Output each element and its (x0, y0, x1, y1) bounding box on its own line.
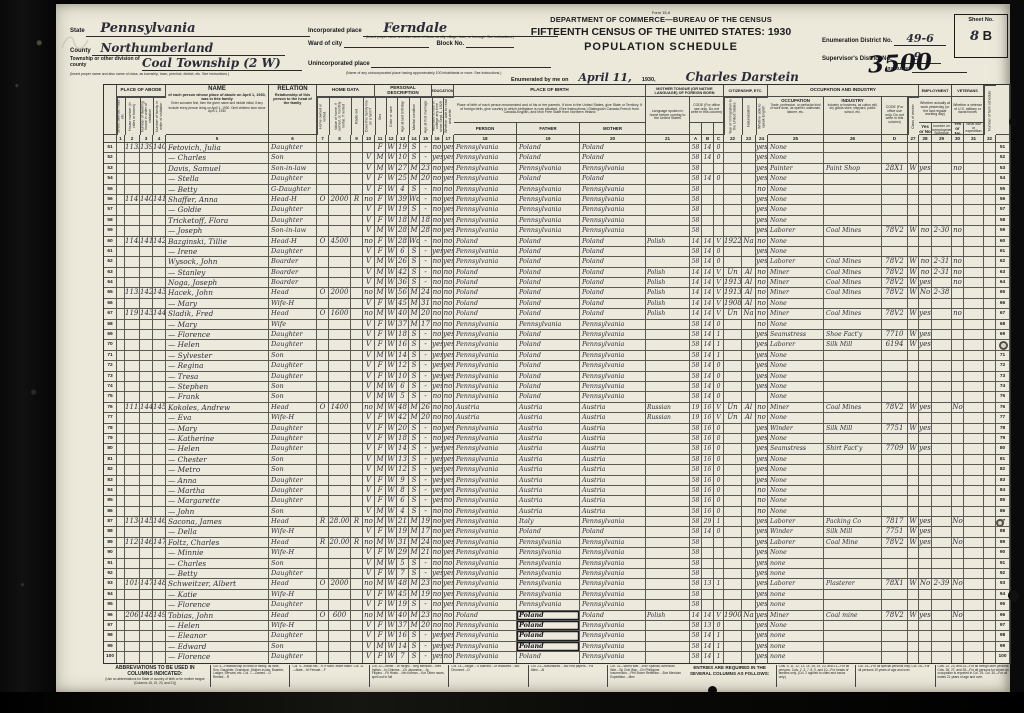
dwelling-number-cell (140, 455, 153, 464)
age-married-cell: - (420, 372, 432, 381)
name-cell: Wysock, John (166, 257, 269, 266)
read-write-cell: yes (443, 205, 454, 214)
age-married-cell: 28 (420, 226, 432, 235)
house-number-cell (125, 392, 140, 401)
age-married-cell: 24 (420, 538, 432, 547)
age-cell: 19 (397, 143, 409, 152)
house-number-cell: 206 (125, 611, 140, 620)
marital-cell: S (409, 642, 420, 651)
dwelling-number-cell (140, 424, 153, 433)
ward-value (344, 41, 429, 48)
occupation-cell: None (768, 434, 824, 443)
home-owned-cell (317, 621, 329, 630)
relation-cell: Son (269, 153, 317, 162)
census-scan-page: { "header": { "form_no": "Form 15-6", "d… (0, 0, 1024, 713)
immigration-year-cell: 1922 (724, 237, 742, 246)
code-c-cell: 0 (714, 372, 724, 381)
township-label: Township or other division of county (70, 57, 140, 69)
veteran-cell (952, 631, 964, 640)
relation-cell: Head (269, 288, 317, 297)
worker-class-cell (908, 652, 919, 662)
dwelling-number-cell (140, 299, 153, 308)
table-row: 80— HelenDaughterVFW14S-yesyesPennsylvan… (104, 444, 1010, 454)
marital-cell: Wd (409, 195, 420, 204)
name-cell: — Mary (166, 424, 269, 433)
war-cell (964, 268, 984, 277)
war-cell (964, 288, 984, 297)
line-number-left-cell: 81 (104, 455, 117, 464)
house-number-cell: 1141 (125, 195, 140, 204)
unemployment-line-cell (932, 434, 952, 443)
birthplace-person-cell: Pennsylvania (454, 195, 517, 204)
table-row: 70— HelenDaughterVFW16S-yesyesPennsylvan… (104, 340, 1010, 350)
unemployment-line-cell (932, 278, 952, 287)
age-married-cell: - (420, 444, 432, 453)
read-write-cell: yes (443, 174, 454, 183)
house-number-cell (125, 299, 140, 308)
header-cell-text: Include every person living on April 1, … (167, 107, 267, 114)
read-write-cell: no (443, 496, 454, 505)
home-value-cell (329, 268, 351, 277)
line-number-left-cell: 55 (104, 185, 117, 194)
family-number-cell (153, 465, 166, 474)
at-work-cell (919, 413, 932, 422)
birthplace-father-cell: Poland (517, 611, 580, 620)
read-write-cell: yes (443, 340, 454, 349)
immigration-year-cell: Un (724, 309, 742, 318)
speaks-english-cell: no (756, 486, 768, 495)
code-c-cell (714, 538, 724, 547)
unemployment-line-cell (932, 476, 952, 485)
unemployment-line-cell (932, 309, 952, 318)
street-cell (117, 507, 125, 516)
dwelling-number-cell (140, 444, 153, 453)
naturalization-cell (742, 164, 756, 173)
age-cell: 12 (397, 465, 409, 474)
occupation-code-cell (882, 247, 908, 256)
age-married-cell: 23 (420, 579, 432, 588)
birthplace-father-cell: Austria (517, 413, 580, 422)
column-number: 9 (351, 135, 363, 143)
unemployment-line-cell (932, 320, 952, 329)
sex-cell: F (375, 590, 386, 599)
code-b-cell: 14 (702, 237, 714, 246)
home-value-cell (329, 340, 351, 349)
age-married-cell: - (420, 434, 432, 443)
house-number-cell (125, 527, 140, 536)
veteran-cell (952, 413, 964, 422)
mother-tongue-cell (646, 579, 690, 588)
line-number-right-cell: 54 (996, 174, 1010, 183)
occupation-code-cell (882, 600, 908, 609)
sheet-number: 8 (970, 29, 979, 44)
header-cell (702, 123, 714, 135)
house-number-cell (125, 372, 140, 381)
radio-set-cell (351, 455, 363, 464)
read-write-cell: yes (443, 600, 454, 609)
immigration-year-cell (724, 434, 742, 443)
birthplace-mother-cell: Pennsylvania (580, 216, 646, 225)
home-owned-cell (317, 455, 329, 464)
house-number-cell (125, 486, 140, 495)
code-b-cell: 14 (702, 143, 714, 152)
age-cell: 18 (397, 216, 409, 225)
immigration-year-cell (724, 652, 742, 662)
house-number-cell (125, 164, 140, 173)
birthplace-father-cell: Austria (517, 507, 580, 516)
speaks-english-cell: yes (756, 465, 768, 474)
abbrev-col-4: Col. 14—Single....S Married....M Widowed… (448, 665, 524, 687)
code-b-cell: 16 (702, 413, 714, 422)
line-number-right-cell: 75 (996, 392, 1010, 401)
home-value-cell (329, 569, 351, 578)
relation-cell: Daughter (269, 216, 317, 225)
birthplace-mother-cell: Austria (580, 424, 646, 433)
marital-cell: M (409, 309, 420, 318)
code-a-cell: 58 (690, 507, 702, 516)
home-owned-cell (317, 559, 329, 568)
family-number-cell (153, 434, 166, 443)
birthplace-mother-cell: Austria (580, 444, 646, 453)
occupation-cell: None (768, 247, 824, 256)
table-row: 671191143144Sladik, FredHeadO1600noMW40M… (104, 309, 1010, 319)
color-race-cell: W (386, 392, 397, 401)
code-a-cell: 58 (690, 569, 702, 578)
birthplace-person-cell: Poland (454, 268, 517, 277)
unemployment-line-cell (932, 642, 952, 651)
industry-cell (824, 642, 882, 651)
house-number-cell (125, 631, 140, 640)
street-cell (117, 631, 125, 640)
column-number: 11 (375, 135, 386, 143)
color-race-cell: W (386, 413, 397, 422)
line-number-left-cell: 96 (104, 611, 117, 620)
street-cell (117, 185, 125, 194)
occupation-code-cell (882, 496, 908, 505)
code-c-cell: V (714, 278, 724, 287)
worker-class-cell (908, 507, 919, 516)
immigration-year-cell: Un (724, 413, 742, 422)
farm-schedule-cell (984, 517, 996, 526)
code-b-cell (702, 538, 714, 547)
immigration-year-cell (724, 559, 742, 568)
immigration-year-cell (724, 257, 742, 266)
farm-schedule-cell (984, 476, 996, 485)
radio-set-cell (351, 444, 363, 453)
family-number-cell (153, 424, 166, 433)
industry-cell (824, 569, 882, 578)
age-married-cell: - (420, 195, 432, 204)
line-number-right-cell: 81 (996, 455, 1010, 464)
occupation-code-cell: 78V2 (882, 538, 908, 547)
speaks-english-cell: yes (756, 226, 768, 235)
immigration-year-cell (724, 382, 742, 391)
house-number-cell (125, 444, 140, 453)
header-cell: OCCUPATIONTrade, profession, or particul… (768, 97, 824, 135)
house-number-cell (125, 476, 140, 485)
sex-cell: M (375, 538, 386, 547)
radio-set-cell (351, 642, 363, 651)
code-b-cell: 14 (702, 257, 714, 266)
immigration-year-cell (724, 174, 742, 183)
mother-tongue-cell (646, 195, 690, 204)
worker-class-cell: W (908, 268, 919, 277)
relation-cell: Son (269, 507, 317, 516)
unincorporated-field: Unincorporated place (308, 61, 551, 68)
header-cell: INDUSTRYIndustry or business, as cotton … (824, 97, 882, 135)
speaks-english-cell: yes (756, 455, 768, 464)
worker-class-cell (908, 486, 919, 495)
veteran-cell: no (952, 164, 964, 173)
mother-tongue-cell: Polish (646, 278, 690, 287)
veteran-cell: no (952, 278, 964, 287)
immigration-year-cell (724, 476, 742, 485)
street-cell (117, 226, 125, 235)
veteran-cell: No (952, 517, 964, 526)
farm-cell: no (363, 288, 375, 297)
code-a-cell: 14 (690, 299, 702, 308)
read-write-cell: yes (443, 455, 454, 464)
line-number-right-cell: 61 (996, 247, 1010, 256)
radio-set-cell (351, 496, 363, 505)
header-cell: Does this family live on a farm? (363, 97, 375, 135)
at-work-cell (919, 476, 932, 485)
table-row: 92— BettyDaughterVFW7S-yesyesPennsylvani… (104, 569, 1010, 579)
occupation-code-cell (882, 548, 908, 557)
speaks-english-cell: yes (756, 205, 768, 214)
at-work-cell: yes (919, 517, 932, 526)
occupation-code-cell: 7710 (882, 330, 908, 339)
house-number-cell (125, 424, 140, 433)
age-cell: 9 (397, 476, 409, 485)
color-race-cell: W (386, 496, 397, 505)
code-a-cell: 58 (690, 465, 702, 474)
school-cell: no (432, 268, 443, 277)
farm-schedule-cell (984, 527, 996, 536)
veteran-cell (952, 434, 964, 443)
table-row: 78— MaryDaughterVFW20S-noyesPennsylvania… (104, 424, 1010, 434)
header-cell: PERSON (454, 123, 517, 135)
mother-tongue-cell (646, 642, 690, 651)
dwelling-number-cell (140, 600, 153, 609)
birthplace-person-cell: Poland (454, 309, 517, 318)
school-cell: yes (432, 652, 443, 662)
house-number-cell (125, 361, 140, 370)
name-cell: — Stella (166, 174, 269, 183)
farm-schedule-cell (984, 247, 996, 256)
line-number-right-cell: 66 (996, 299, 1010, 308)
birthplace-person-cell: Pennsylvania (454, 382, 517, 391)
speaks-english-cell: yes (756, 164, 768, 173)
unemployment-line-cell (932, 600, 952, 609)
table-row: 61— IreneDaughterVFW6S-yesyesPennsylvani… (104, 247, 1010, 257)
age-cell: 28 (397, 226, 409, 235)
code-b-cell: 16 (702, 496, 714, 505)
mother-tongue-cell (646, 226, 690, 235)
school-cell: no (432, 320, 443, 329)
war-cell (964, 631, 984, 640)
marital-cell: M (409, 579, 420, 588)
header-cell: Home owned or rented (317, 97, 329, 135)
birthplace-father-cell: Pennsylvania (517, 559, 580, 568)
read-write-cell: no (443, 611, 454, 620)
family-number-cell (153, 320, 166, 329)
at-work-cell: yes (919, 444, 932, 453)
occupation-cell: None (768, 216, 824, 225)
relation-cell: Wife-H (269, 590, 317, 599)
age-cell: 19 (397, 205, 409, 214)
house-number-cell (125, 257, 140, 266)
read-write-cell: yes (443, 642, 454, 651)
unemployment-line-cell (932, 559, 952, 568)
farm-schedule-cell (984, 652, 996, 662)
title-block: Form 15-6 DEPARTMENT OF COMMERCE—BUREAU … (496, 10, 826, 53)
occupation-cell: Laborer (768, 517, 824, 526)
column-number: 24 (756, 135, 768, 143)
table-row: 86— JohnSonVMW4S-nonoPennsylvaniaAustria… (104, 507, 1010, 517)
school-cell: no (432, 288, 443, 297)
column-number: 2 (125, 135, 140, 143)
dwelling-number-cell (140, 496, 153, 505)
sex-cell: F (375, 569, 386, 578)
relation-cell: Daughter (269, 205, 317, 214)
birthplace-mother-cell: Pennsylvania (580, 205, 646, 214)
code-a-cell: 19 (690, 403, 702, 412)
street-cell (117, 424, 125, 433)
radio-set-cell (351, 527, 363, 536)
worker-class-cell (908, 548, 919, 557)
birthplace-person-cell: Pennsylvania (454, 185, 517, 194)
veteran-cell (952, 486, 964, 495)
house-number-cell (125, 465, 140, 474)
township-value-wrap: Coal Township (2 W) (142, 56, 302, 71)
line-number-left-cell: 73 (104, 372, 117, 381)
school-cell: no (432, 392, 443, 401)
column-number: 13 (397, 135, 409, 143)
industry-cell: Coal Mines (824, 288, 882, 297)
code-c-cell: 1 (714, 330, 724, 339)
birthplace-mother-cell: Pennsylvania (580, 590, 646, 599)
birthplace-mother-cell: Poland (580, 268, 646, 277)
school-cell: no (432, 309, 443, 318)
birthplace-father-cell: Poland (517, 527, 580, 536)
birthplace-mother-cell: Poland (580, 174, 646, 183)
header-cell: PERSONAL DESCRIPTION (375, 85, 432, 97)
line-number-left-cell: 97 (104, 621, 117, 630)
industry-cell: Coal Mines (824, 278, 882, 287)
naturalization-cell (742, 652, 756, 662)
incorporated-note: (Insert proper name and also name of cla… (366, 35, 514, 39)
relation-cell: Head (269, 579, 317, 588)
street-cell (117, 590, 125, 599)
mother-tongue-cell (646, 382, 690, 391)
school-cell: no (432, 527, 443, 536)
line-number-left-cell: 92 (104, 569, 117, 578)
mother-tongue-cell (646, 496, 690, 505)
entries-required-title: ENTRIES ARE REQUIRED IN THE SEVERAL COLU… (687, 665, 773, 676)
immigration-year-cell (724, 216, 742, 225)
family-number-cell (153, 631, 166, 640)
naturalization-cell (742, 507, 756, 516)
school-cell: no (432, 413, 443, 422)
marital-cell: M (409, 216, 420, 225)
family-number-cell: 146 (153, 517, 166, 526)
naturalization-cell (742, 600, 756, 609)
home-owned-cell (317, 330, 329, 339)
industry-cell (824, 631, 882, 640)
house-number-cell (125, 507, 140, 516)
line-number-right-cell: 55 (996, 185, 1010, 194)
veteran-cell (952, 642, 964, 651)
worker-class-cell (908, 143, 919, 152)
dwelling-number-cell (140, 320, 153, 329)
color-race-cell: W (386, 403, 397, 412)
hole-punch-4 (1008, 590, 1019, 601)
worker-class-cell: W (908, 226, 919, 235)
code-c-cell: 0 (714, 247, 724, 256)
line-number-left-cell: 70 (104, 340, 117, 349)
dwelling-number-cell (140, 621, 153, 630)
dwelling-number-cell (140, 257, 153, 266)
table-row: 75— FrankSonVMW5S-nonoPennsylvaniaPoland… (104, 392, 1010, 402)
code-a-cell: 58 (690, 195, 702, 204)
industry-cell: Coal mine (824, 611, 882, 620)
worker-class-cell: W (908, 517, 919, 526)
color-race-cell: W (386, 569, 397, 578)
school-cell: no (432, 538, 443, 547)
birthplace-father-cell: Austria (517, 465, 580, 474)
street-cell (117, 257, 125, 266)
house-number-cell (125, 621, 140, 630)
street-cell (117, 143, 125, 152)
farm-schedule-cell (984, 621, 996, 630)
mother-tongue-cell (646, 174, 690, 183)
birthplace-person-cell: Pennsylvania (454, 590, 517, 599)
code-b-cell (702, 548, 714, 557)
school-cell: no (432, 424, 443, 433)
age-married-cell: 19 (420, 590, 432, 599)
column-number: 25 (768, 135, 824, 143)
house-number-cell (125, 434, 140, 443)
relation-cell: Wife-H (269, 299, 317, 308)
home-value-cell: 28.00 (329, 517, 351, 526)
mother-tongue-cell (646, 548, 690, 557)
marital-cell: S (409, 268, 420, 277)
farm-cell: V (363, 413, 375, 422)
birthplace-father-cell: Poland (517, 288, 580, 297)
code-c-cell (714, 185, 724, 194)
speaks-english-cell: yes (756, 340, 768, 349)
war-cell (964, 361, 984, 370)
name-cell: — Betty (166, 185, 269, 194)
farm-schedule-cell (984, 642, 996, 651)
age-married-cell: - (420, 330, 432, 339)
line-number-right-cell: 84 (996, 486, 1010, 495)
house-number-cell: 1136 (125, 517, 140, 526)
school-cell: no (432, 600, 443, 609)
home-value-cell (329, 392, 351, 401)
unincorporated-label: Unincorporated place (308, 61, 370, 67)
farm-cell: V (363, 268, 375, 277)
veteran-cell (952, 320, 964, 329)
occupation-cell: none (768, 559, 824, 568)
home-owned-cell: R (317, 517, 329, 526)
speaks-english-cell: no (756, 268, 768, 277)
immigration-year-cell (724, 247, 742, 256)
occupation-cell: None (768, 455, 824, 464)
age-cell: 14 (397, 642, 409, 651)
line-number-left-cell: 53 (104, 164, 117, 173)
